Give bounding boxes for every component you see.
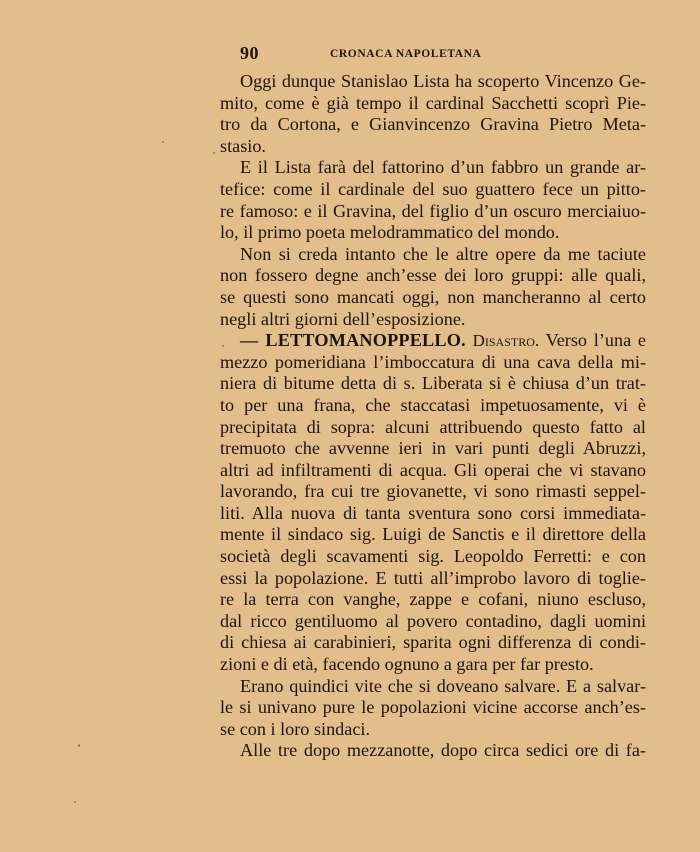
text-line: società degli scavamenti sig. Leopoldo F…: [220, 546, 646, 568]
text-line: mezzo pomeridiana l’imboccatura di una c…: [220, 352, 646, 374]
paragraph: E il Lista farà del fattorino d’un fabbr…: [220, 157, 646, 243]
text-line: to per una frana, che staccatasi impetuo…: [220, 395, 646, 417]
text-line: lo, il primo poeta melodrammatico del mo…: [220, 222, 646, 244]
text-line: se questi sono mancati oggi, non mancher…: [220, 287, 646, 309]
text-line: re la terra con vanghe, zappe e cofani, …: [220, 589, 646, 611]
news-subheading: Disastro.: [473, 331, 540, 350]
scan-speck: [162, 141, 164, 143]
text-line: di chiesa ai carabinieri, sparita ogni d…: [220, 632, 646, 654]
running-head: CRONACA NAPOLETANA: [330, 45, 481, 63]
text-line: re famoso: e il Gravina, del figlio d’un…: [220, 201, 646, 223]
text-line: Erano quindici vite che si doveano salva…: [220, 676, 646, 698]
text-line: zioni e di età, facendo ognuno a gara pe…: [220, 654, 646, 676]
body-text: Oggi dunque Stanislao Lista ha scoperto …: [220, 71, 646, 762]
paragraph: Alle tre dopo mezzanotte, dopo circa sed…: [220, 740, 646, 762]
text-line: dal ricco gentiluomo al povero contadino…: [220, 611, 646, 633]
scan-speck: [222, 345, 224, 347]
scan-speck: [213, 152, 215, 154]
scan-speck: [78, 744, 80, 747]
text-line: lavorando, fra cui tre giovanette, vi so…: [220, 481, 646, 503]
text-line: le si univano pure le popolazioni vicine…: [220, 697, 646, 719]
page-number: 90: [240, 42, 259, 64]
text-line: se con i loro sindaci.: [220, 719, 646, 741]
paragraph: Oggi dunque Stanislao Lista ha scoperto …: [220, 71, 646, 157]
text-line: stasio.: [220, 136, 646, 158]
news-item-first-line: — LETTOMANOPPELLO. Disastro. Verso l’una…: [220, 330, 646, 352]
scan-speck: [74, 801, 76, 803]
news-heading: — LETTOMANOPPELLO.: [240, 330, 466, 350]
paragraph: Erano quindici vite che si doveano salva…: [220, 676, 646, 741]
text-line: mito, come è già tempo il cardinal Sacch…: [220, 93, 646, 115]
news-item: — LETTOMANOPPELLO. Disastro. Verso l’una…: [220, 330, 646, 676]
text-line: Oggi dunque Stanislao Lista ha scoperto …: [220, 71, 646, 93]
text-line: essi la popolazione. E tutti all’improbo…: [220, 568, 646, 590]
page-header: 90 CRONACA NAPOLETANA: [220, 42, 646, 64]
text-line: tremuoto che avvenne ieri in vari punti …: [220, 438, 646, 460]
text-line: negli altri giorni dell’esposizione.: [220, 309, 646, 331]
text-line: precipitata di sopra: alcuni attribuendo…: [220, 417, 646, 439]
text-line: niera di bitume detta di s. Liberata si …: [220, 373, 646, 395]
text-line: liti. Alla nuova di tanta sventura sono …: [220, 503, 646, 525]
text-line: Alle tre dopo mezzanotte, dopo circa sed…: [220, 740, 646, 762]
text-line: altri ad infiltramenti di acqua. Gli ope…: [220, 460, 646, 482]
text-line: tro da Cortona, e Gianvincenzo Gravina P…: [220, 114, 646, 136]
text-line: mente il sindaco sig. Luigi de Sanctis e…: [220, 524, 646, 546]
text-fragment: Verso l’una e: [546, 330, 646, 350]
text-line: non fossero degne anch’esse dei loro gru…: [220, 265, 646, 287]
text-line: E il Lista farà del fattorino d’un fabbr…: [220, 157, 646, 179]
text-line: Non si creda intanto che le altre opere …: [220, 244, 646, 266]
paragraph: Non si creda intanto che le altre opere …: [220, 244, 646, 330]
text-line: tefice: come il cardinale del suo guatte…: [220, 179, 646, 201]
scanned-page: 90 CRONACA NAPOLETANA Oggi dunque Stanis…: [0, 0, 700, 852]
